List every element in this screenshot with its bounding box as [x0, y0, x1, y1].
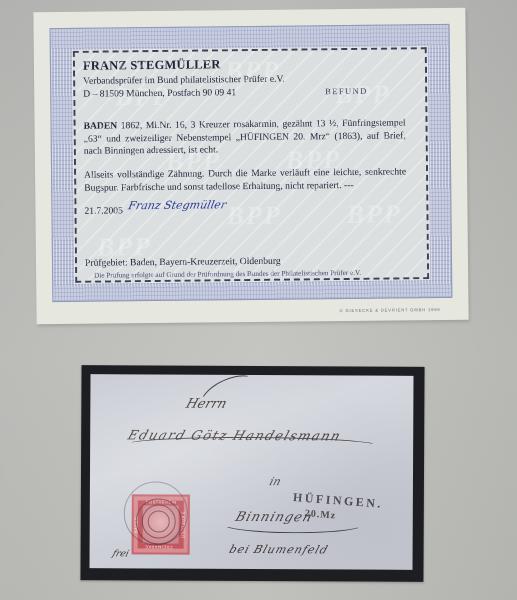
cancellation-ring-icon: [142, 504, 176, 538]
condition-statement: Allseits vollständige Zähnung. Durch die…: [84, 166, 406, 194]
certificate-date: 21.7.2005: [84, 205, 122, 216]
cover-mount: Herrn Eduard Götz Handelsmann in Binning…: [80, 365, 424, 582]
address-in: in: [268, 475, 283, 488]
handwriting-flourish: [126, 436, 378, 453]
stamp-top-label: POSTVEREIN: [146, 499, 177, 504]
description-body: 1862, Mi.Nr. 16, 3 Kreuzer rosakarmin, g…: [84, 117, 406, 156]
address-region: bei Blumenfeld: [227, 543, 330, 556]
issuer-affiliation: Verbandsprüfer im Bund philatelistischer…: [83, 74, 285, 87]
stamp-description: BADEN 1862, Mi.Nr. 16, 3 Kreuzer rosakar…: [84, 117, 406, 158]
watermark-bpp: BPP: [226, 201, 281, 232]
cancellation-ring-icon: [136, 498, 182, 544]
handwriting-flourish: [195, 367, 265, 422]
addressee-name: Eduard Götz Handelsmann: [126, 428, 344, 444]
expert-signature: Franz Stegmüller: [127, 198, 227, 212]
document-type: BEFUND: [325, 87, 368, 96]
stamp-right-label: 3 KREUZER: [181, 512, 186, 539]
franco-note: frei: [111, 549, 130, 559]
certificate-guilloche-border: BPP BPP BPP BPP BPP BPP BPP BPP FRANZ ST…: [50, 24, 453, 302]
expertise-scope: Prüfgebiet: Baden, Bayern-Kreuzerzeit, O…: [85, 256, 281, 269]
description-lead: BADEN: [84, 120, 118, 131]
printer-copyright: © GIESECKE & DEVRIENT GMBH 1996: [340, 307, 441, 313]
stamp-coat-of-arms: [138, 500, 184, 548]
expertise-certificate: BPP BPP BPP BPP BPP BPP BPP BPP FRANZ ST…: [33, 8, 468, 325]
stamp-left-label: BADEN: [133, 517, 138, 533]
legal-note: Die Prüfung erfolgte auf Grund der Prüfo…: [94, 269, 361, 280]
issuer-address: D – 81509 München, Postfach 90 09 41: [83, 87, 236, 100]
stamp-bottom-label: FREIMARKE: [145, 544, 173, 549]
address-title: Herrn: [184, 397, 229, 412]
cancellation-ring-icon: [124, 481, 188, 545]
certificate-text-panel: BPP BPP BPP BPP BPP BPP BPP BPP FRANZ ST…: [73, 47, 429, 283]
watermark-bpp: BPP: [346, 199, 401, 230]
postal-cover: Herrn Eduard Götz Handelsmann in Binning…: [90, 374, 414, 570]
handwriting-flourish: [222, 515, 364, 534]
postmark-town: HÜFINGEN.: [292, 490, 383, 512]
cancellation-ring-icon: [148, 510, 170, 532]
postmark-date: 20.Mz: [304, 508, 336, 521]
issuer-name: FRANZ STEGMÜLLER: [83, 57, 221, 73]
address-city: Binningen: [233, 510, 314, 525]
postage-stamp: POSTVEREIN FREIMARKE BADEN 3 KREUZER: [132, 494, 190, 554]
